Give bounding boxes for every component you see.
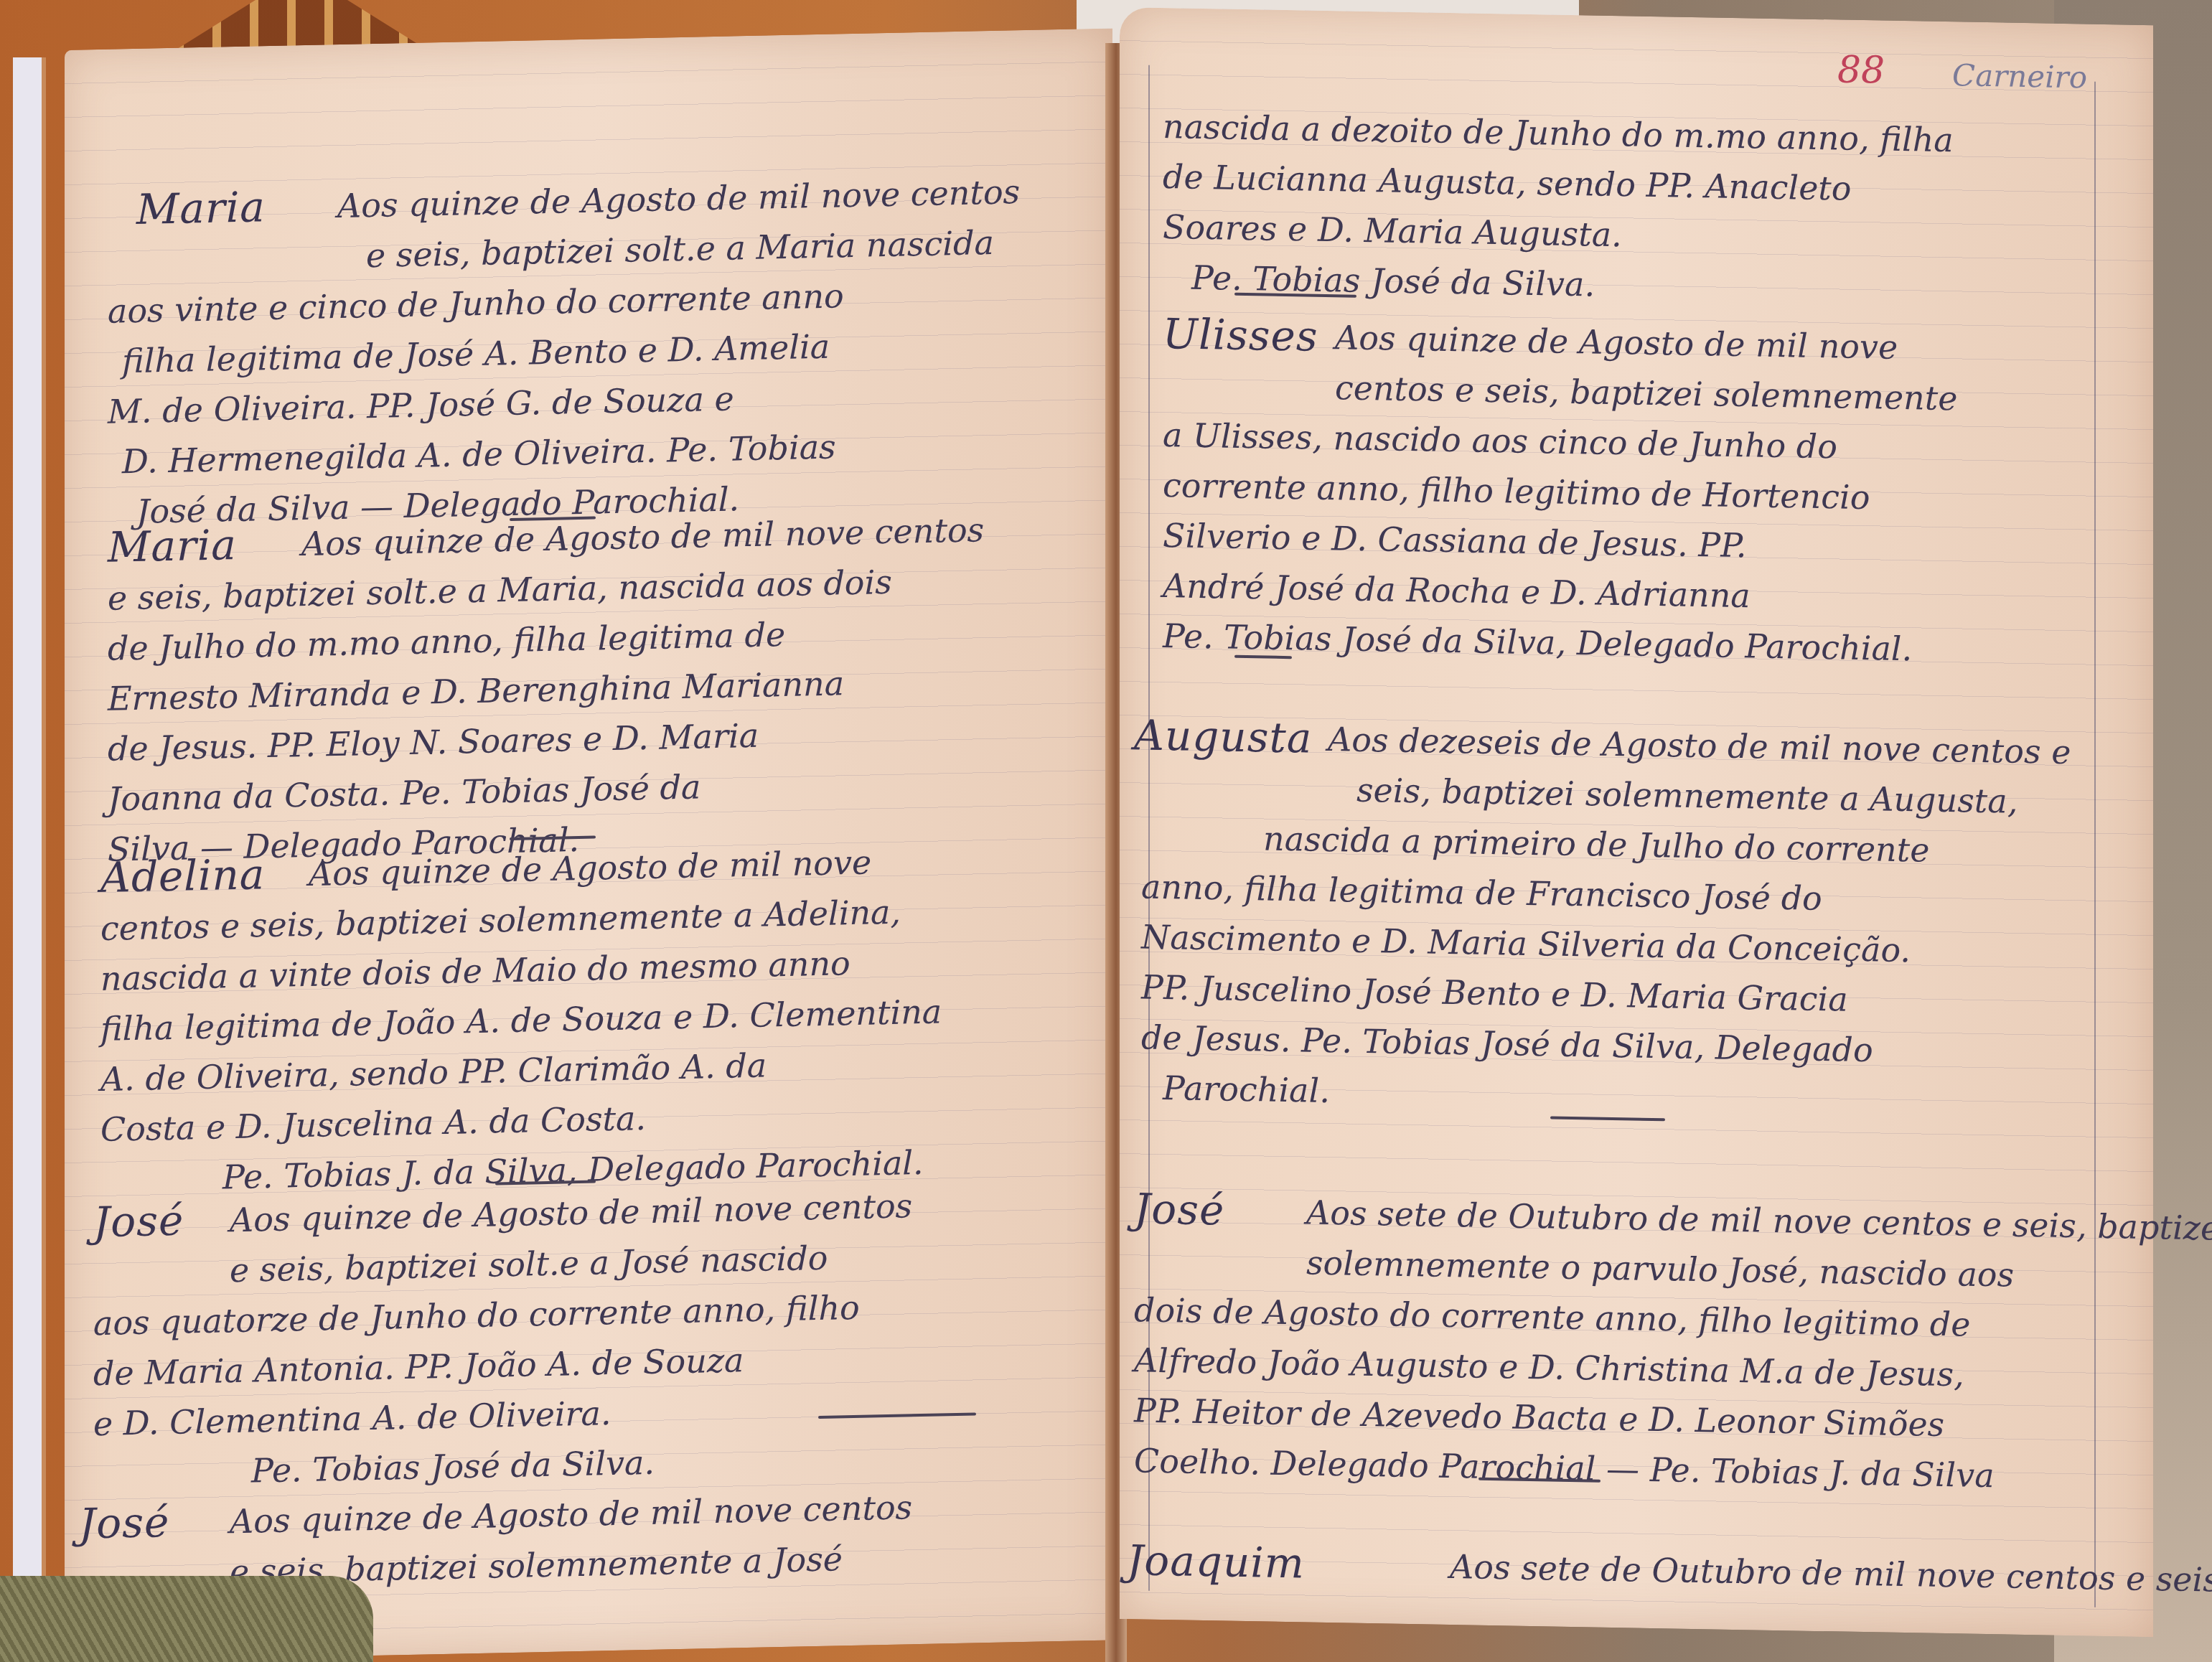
register-entry: Joaquim Aos sete de Outubro de mil nove … bbox=[1120, 1521, 2153, 1539]
left-page: Maria Aos quinze de Agosto de mil nove c… bbox=[65, 28, 1112, 1662]
register-entry: José Aos sete de Outubro de mil nove cen… bbox=[1120, 1170, 2153, 1188]
entry-name: Joaquim bbox=[1127, 1536, 1305, 1587]
entry-name: José bbox=[93, 1196, 184, 1247]
entry-name: Maria bbox=[136, 182, 266, 234]
margin-line bbox=[2094, 82, 2096, 1607]
entry-line: Aos sete de Outubro de mil nove centos e… bbox=[1450, 1527, 2212, 1620]
page-number: 88 bbox=[1837, 48, 1885, 92]
right-page: 88 Carneiro nascida a dezoito de Junho d… bbox=[1120, 7, 2153, 1637]
entry-separator bbox=[818, 1412, 976, 1419]
entry-name: Ulisses bbox=[1163, 309, 1318, 361]
register-entry: Maria Aos quinze de Agosto de mil nove c… bbox=[65, 150, 1112, 172]
entry-separator bbox=[1550, 1116, 1665, 1121]
entry-name: Augusta bbox=[1134, 710, 1312, 762]
book-cover-edge bbox=[13, 57, 46, 1636]
entry-line: Pe. Tobias José da Silva, Delegado Paroc… bbox=[1163, 596, 1912, 688]
entry-line: Parochial. bbox=[1163, 1048, 1330, 1130]
entry-line: Coelho. Delegado Parochial — Pe. Tobias … bbox=[1134, 1421, 1995, 1515]
entry-name: José bbox=[1134, 1184, 1224, 1234]
corner-annotation: Carneiro bbox=[1952, 57, 2087, 95]
entry-name: José bbox=[79, 1498, 169, 1549]
register-entry: Augusta Aos dezeseis de Agosto de mil no… bbox=[1120, 696, 2153, 714]
cloth-fabric bbox=[0, 1576, 373, 1662]
